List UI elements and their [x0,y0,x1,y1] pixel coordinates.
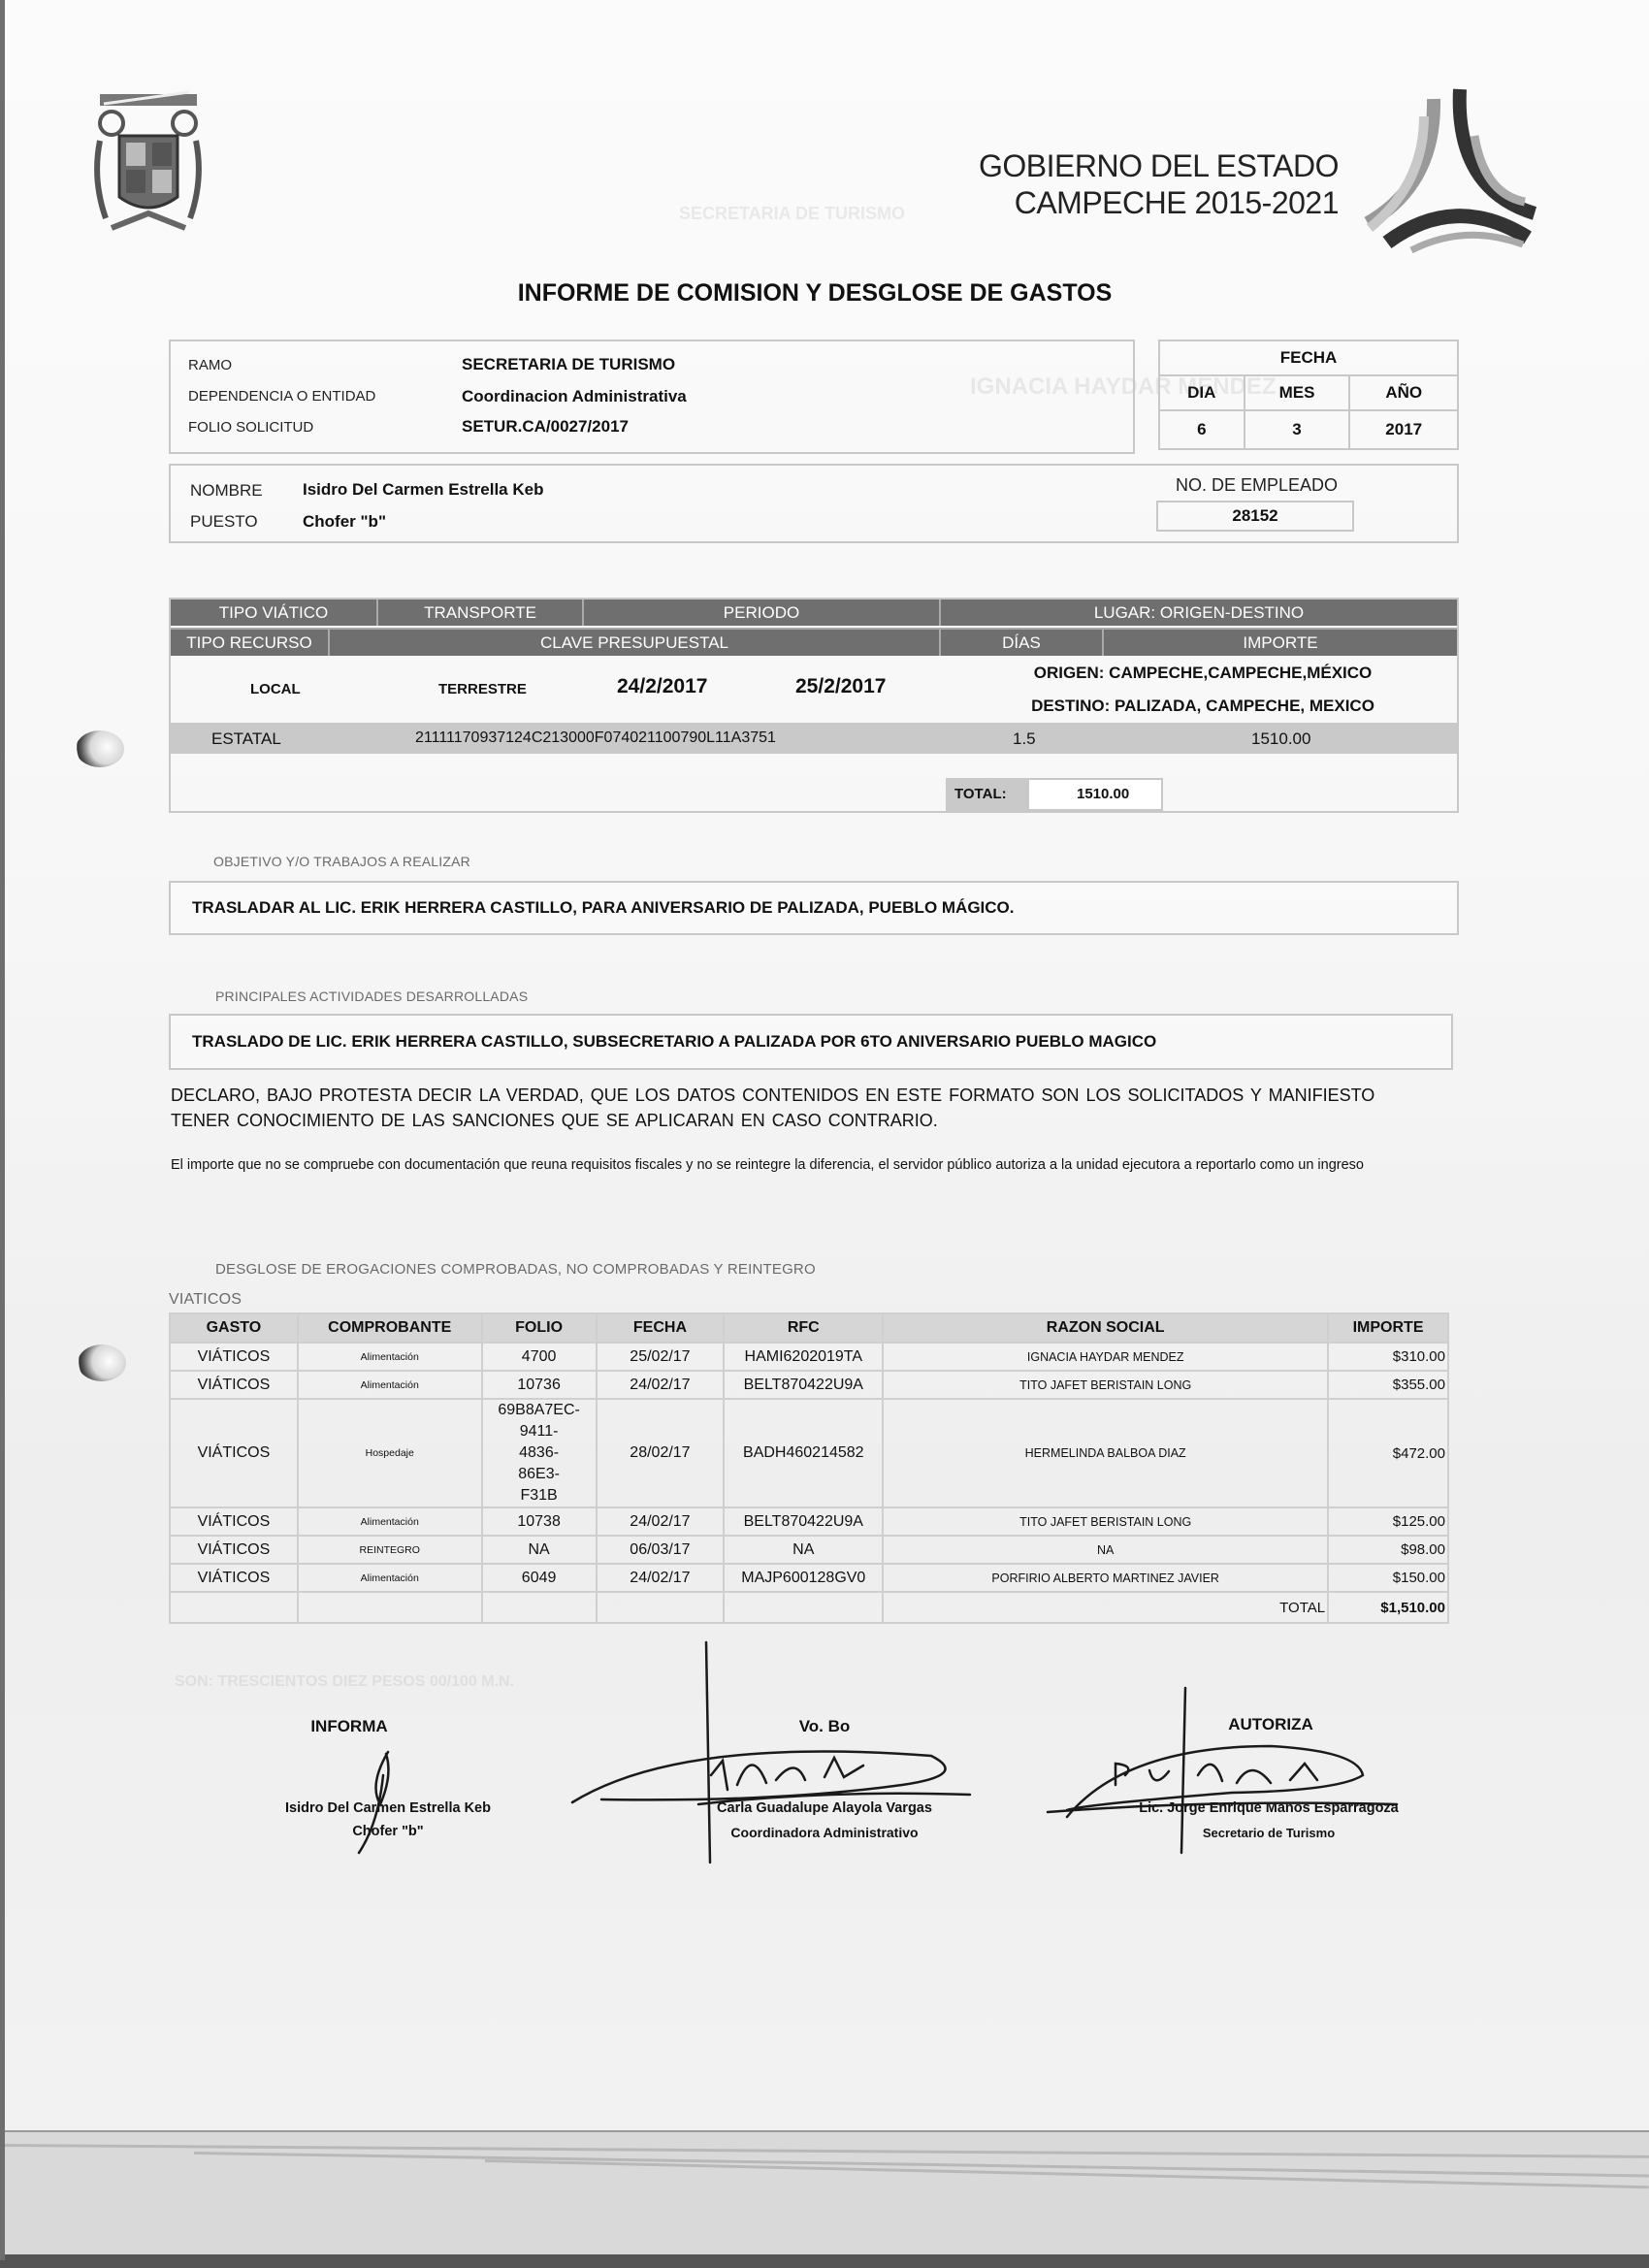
page-edge [0,2144,1649,2158]
document-page: SECRETARIA DE TURISMO IGNACIA HAYDAR MEN… [0,0,1649,2132]
handwritten-signatures [0,0,1649,1940]
underlying-pages [0,2130,1649,2268]
scanner-edge [0,2254,1649,2268]
